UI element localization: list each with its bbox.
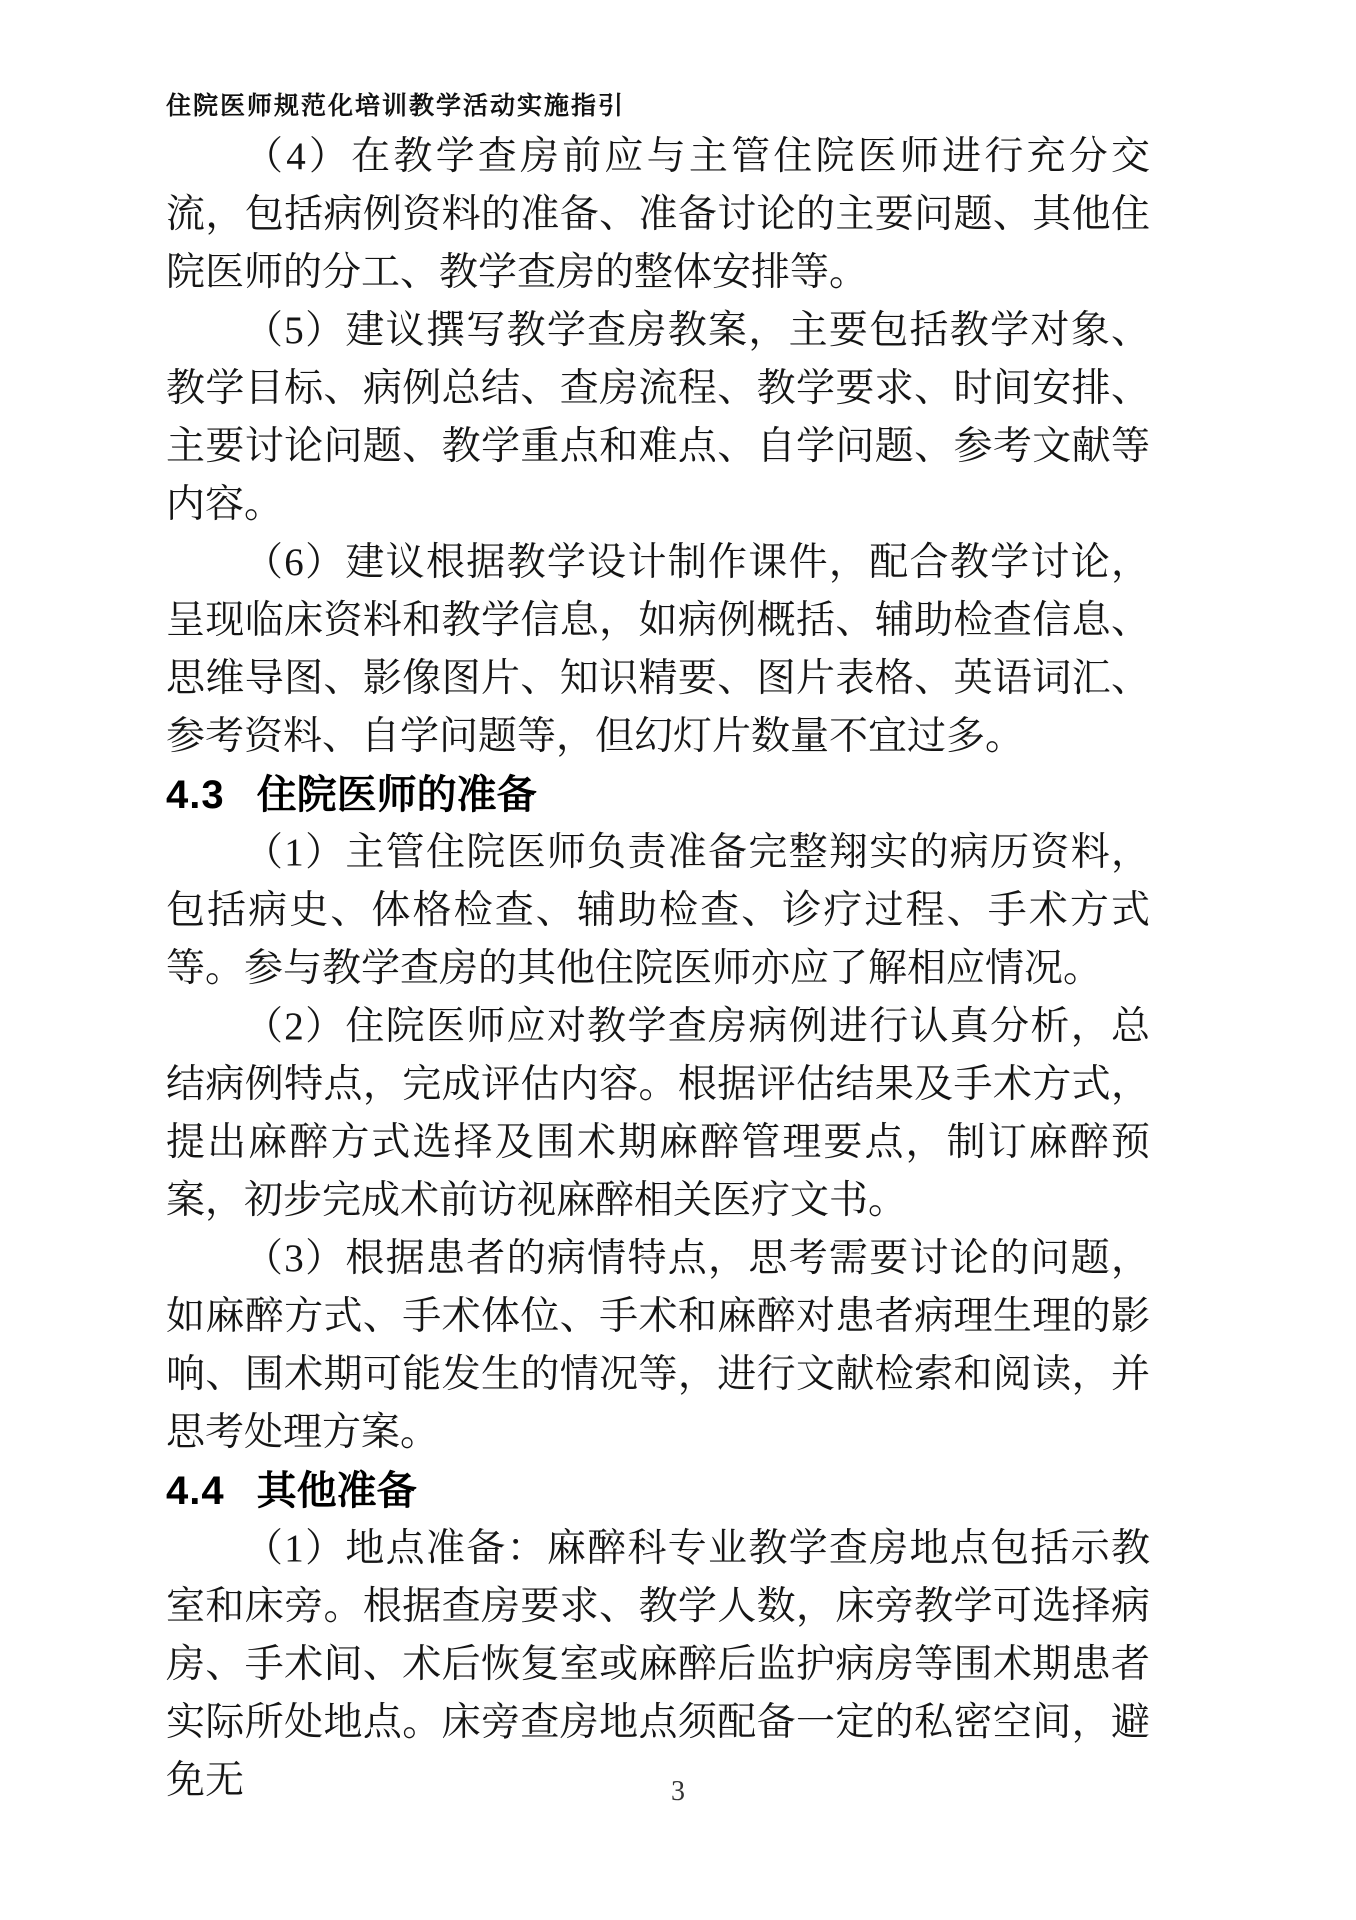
document-body: （4）在教学查房前应与主管住院医师进行充分交流，包括病例资料的准备、准备讨论的主… <box>166 128 1150 1810</box>
document-page: 住院医师规范化培训教学活动实施指引 （4）在教学查房前应与主管住院医师进行充分交… <box>0 0 1356 1920</box>
section-title: 其他准备 <box>257 1469 417 1513</box>
paragraph-4-4-1: （1）地点准备：麻醉科专业教学查房地点包括示教室和床旁。根据查房要求、教学人数，… <box>166 1520 1150 1810</box>
paragraph-4-3-1: （1）主管住院医师负责准备完整翔实的病历资料，包括病史、体格检查、辅助检查、诊疗… <box>166 824 1150 998</box>
section-number: 4.4 <box>166 1462 225 1520</box>
section-heading-4-4: 4.4其他准备 <box>166 1462 1150 1520</box>
paragraph-6: （6）建议根据教学设计制作课件，配合教学讨论，呈现临床资料和教学信息，如病例概括… <box>166 534 1150 766</box>
document-header-title: 住院医师规范化培训教学活动实施指引 <box>166 86 625 122</box>
section-title: 住院医师的准备 <box>257 773 537 817</box>
paragraph-4: （4）在教学查房前应与主管住院医师进行充分交流，包括病例资料的准备、准备讨论的主… <box>166 128 1150 302</box>
section-heading-4-3: 4.3住院医师的准备 <box>166 766 1150 824</box>
paragraph-4-3-2: （2）住院医师应对教学查房病例进行认真分析，总结病例特点，完成评估内容。根据评估… <box>166 998 1150 1230</box>
page-number: 3 <box>0 1776 1356 1808</box>
paragraph-4-3-3: （3）根据患者的病情特点，思考需要讨论的问题，如麻醉方式、手术体位、手术和麻醉对… <box>166 1230 1150 1462</box>
section-number: 4.3 <box>166 766 225 824</box>
paragraph-5: （5）建议撰写教学查房教案，主要包括教学对象、教学目标、病例总结、查房流程、教学… <box>166 302 1150 534</box>
